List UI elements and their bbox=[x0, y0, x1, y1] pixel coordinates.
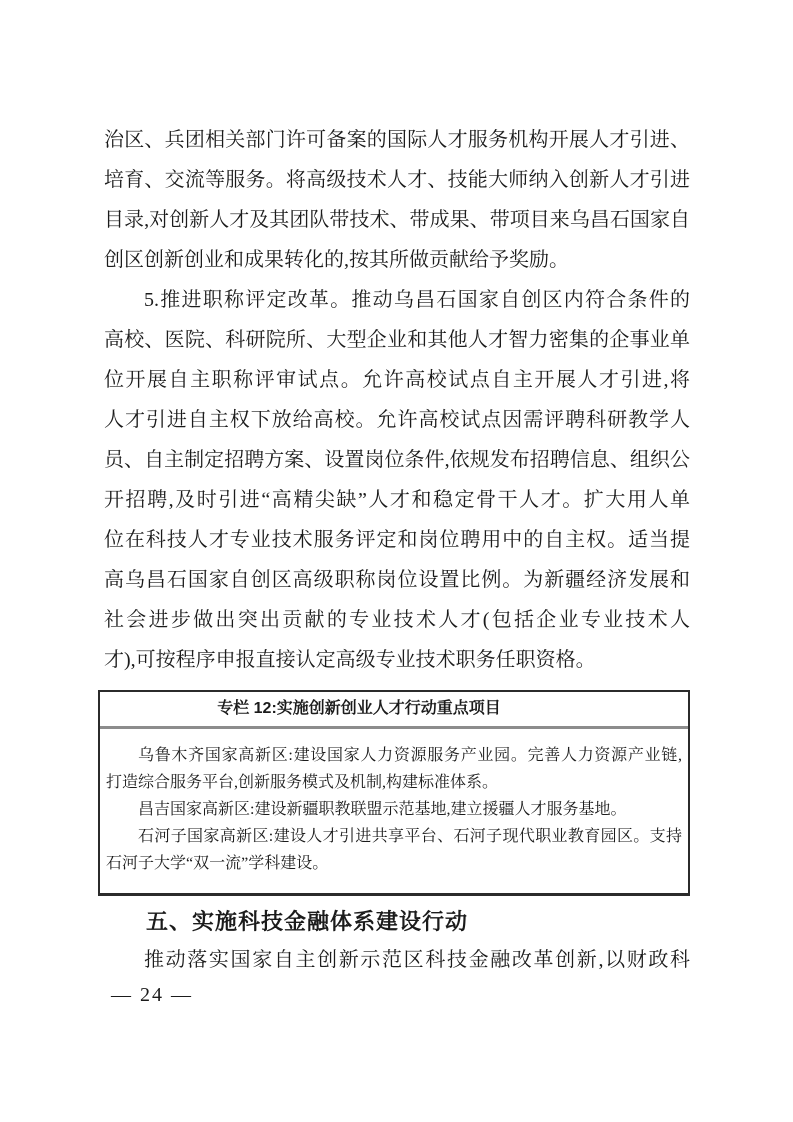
body-line: 培育、交流等服务。将高级技术人才、技能大师纳入创新人才引进 bbox=[104, 160, 690, 200]
body-line: 5.推进职称评定改革。推动乌昌石国家自创区内符合条件的 bbox=[104, 280, 690, 320]
panel-body: 乌鲁木齐国家高新区:建设国家人力资源服务产业园。完善人力资源产业链, 打造综合服… bbox=[100, 729, 688, 893]
section-paragraph: 推动落实国家自主创新示范区科技金融改革创新,以财政科 bbox=[104, 940, 690, 980]
body-line: 目录,对创新人才及其团队带技术、带成果、带项目来乌昌石国家自 bbox=[104, 200, 690, 240]
body-line: 员、自主制定招聘方案、设置岗位条件,依规发布招聘信息、组织公 bbox=[104, 440, 690, 480]
panel-line: 乌鲁木齐国家高新区:建设国家人力资源服务产业园。完善人力资源产业链, bbox=[106, 742, 682, 769]
panel-title: 专栏 12:实施创新创业人才行动重点项目 bbox=[100, 692, 688, 729]
panel-line: 昌吉国家高新区:建设新疆职教联盟示范基地,建立援疆人才服务基地。 bbox=[106, 796, 682, 823]
body-line: 创区创新创业和成果转化的,按其所做贡献给予奖励。 bbox=[104, 240, 690, 280]
body-line: 治区、兵团相关部门许可备案的国际人才服务机构开展人才引进、 bbox=[104, 120, 690, 160]
body-line: 高乌昌石国家自创区高级职称岗位设置比例。为新疆经济发展和 bbox=[104, 560, 690, 600]
body-line: 推动落实国家自主创新示范区科技金融改革创新,以财政科 bbox=[104, 940, 690, 980]
body-line: 位在科技人才专业技术服务评定和岗位聘用中的自主权。适当提 bbox=[104, 520, 690, 560]
body-text: 治区、兵团相关部门许可备案的国际人才服务机构开展人才引进、 培育、交流等服务。将… bbox=[104, 120, 690, 680]
panel-line: 石河子国家高新区:建设人才引进共享平台、石河子现代职业教育园区。支持 bbox=[106, 823, 682, 850]
column-panel: 专栏 12:实施创新创业人才行动重点项目 乌鲁木齐国家高新区:建设国家人力资源服… bbox=[98, 690, 690, 896]
body-line: 位开展自主职称评审试点。允许高校试点自主开展人才引进,将 bbox=[104, 360, 690, 400]
document-page: 治区、兵团相关部门许可备案的国际人才服务机构开展人才引进、 培育、交流等服务。将… bbox=[0, 0, 793, 1122]
body-line: 人才引进自主权下放给高校。允许高校试点因需评聘科研教学人 bbox=[104, 400, 690, 440]
page-number: — 24 — bbox=[111, 983, 193, 1007]
body-line: 社会进步做出突出贡献的专业技术人才(包括企业专业技术人 bbox=[104, 600, 690, 640]
section-heading: 五、实施科技金融体系建设行动 bbox=[146, 908, 468, 936]
body-line: 开招聘,及时引进“高精尖缺”人才和稳定骨干人才。扩大用人单 bbox=[104, 480, 690, 520]
body-line: 高校、医院、科研院所、大型企业和其他人才智力密集的企事业单 bbox=[104, 320, 690, 360]
panel-line: 石河子大学“双一流”学科建设。 bbox=[106, 850, 682, 877]
body-line: 才),可按程序申报直接认定高级专业技术职务任职资格。 bbox=[104, 640, 690, 680]
panel-line: 打造综合服务平台,创新服务模式及机制,构建标准体系。 bbox=[106, 769, 682, 796]
